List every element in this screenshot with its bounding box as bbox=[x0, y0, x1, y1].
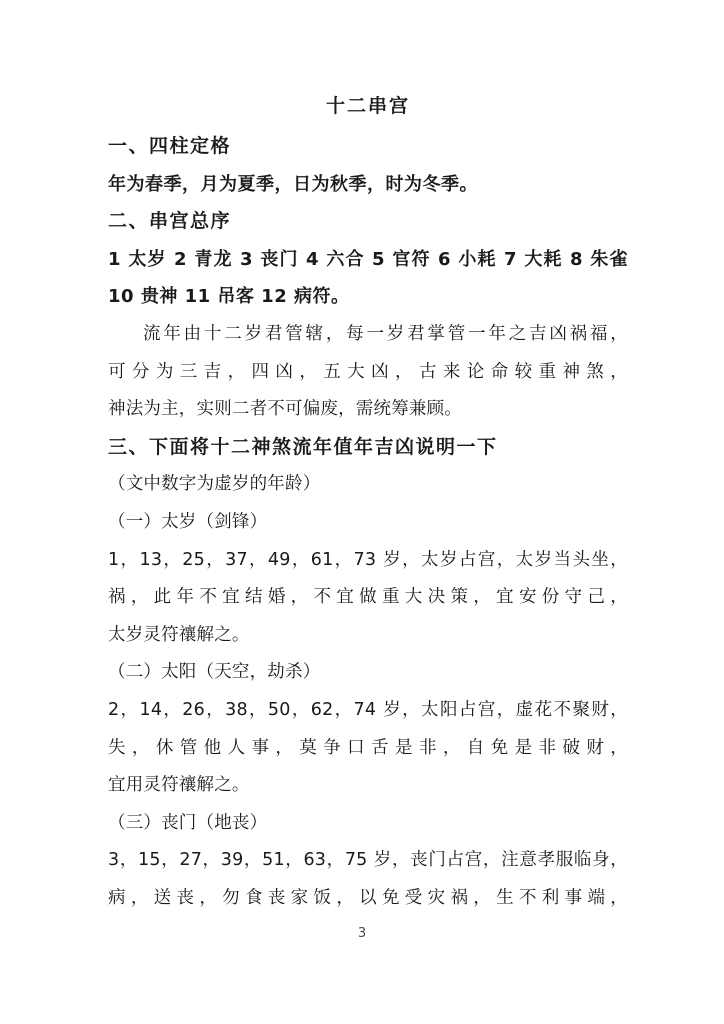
page-number: 3 bbox=[0, 926, 724, 941]
text-line: 二、串宫总序 bbox=[108, 203, 628, 241]
text-line: （一）太岁（剑锋） bbox=[108, 504, 628, 542]
page-title: 十二串宫 bbox=[108, 84, 628, 128]
text-line: 流年由十二岁君管辖，每一岁君掌管一年之吉凶祸福，十二神煞 bbox=[108, 316, 628, 354]
text-line: 一、四柱定格 bbox=[108, 128, 628, 166]
text-line: 10 贵神 11 吊客 12 病符。 bbox=[108, 278, 628, 316]
text-line: 宜用灵符禳解之。 bbox=[108, 767, 628, 805]
text-line: （文中数字为虚岁的年龄） bbox=[108, 466, 628, 504]
text-line: 失，休管他人事，莫争口舌是非，自免是非破财，此年夫妻易反目， bbox=[108, 730, 628, 768]
document-page: 十二串宫 一、四柱定格年为春季，月为夏季，日为秋季，时为冬季。二、串宫总序1 太… bbox=[0, 0, 724, 1024]
document-lines: 一、四柱定格年为春季，月为夏季，日为秋季，时为冬季。二、串宫总序1 太岁 2 青… bbox=[108, 128, 628, 917]
text-line: 可分为三吉，四凶，五大凶，古来论命较重神煞，现今则多以子平用 bbox=[108, 354, 628, 392]
text-line: 病，送丧，勿食丧家饭，以免受灾祸，生不利事端，宜用制丧门灵符 bbox=[108, 880, 628, 918]
text-line: 太岁灵符禳解之。 bbox=[108, 617, 628, 655]
text-line: 祸，此年不宜结婚，不宜做重大决策，宜安份守己，最好安置佩带化 bbox=[108, 579, 628, 617]
document-content: 十二串宫 一、四柱定格年为春季，月为夏季，日为秋季，时为冬季。二、串宫总序1 太… bbox=[108, 84, 628, 917]
text-line: （三）丧门（地丧） bbox=[108, 805, 628, 843]
text-line: 1，13，25，37，49，61，73 岁，太岁占宫，太岁当头坐，无灾恐有 bbox=[108, 542, 628, 580]
text-line: （二）太阳（天空，劫杀） bbox=[108, 654, 628, 692]
text-line: 3，15，27，39，51，63，75 岁，丧门占宫，注意孝服临身，不宜探 bbox=[108, 842, 628, 880]
text-line: 年为春季，月为夏季，日为秋季，时为冬季。 bbox=[108, 166, 628, 204]
text-line: 1 太岁 2 青龙 3 丧门 4 六合 5 官符 6 小耗 7 大耗 8 朱雀 … bbox=[108, 241, 628, 279]
text-line: 三、下面将十二神煞流年值年吉凶说明一下 bbox=[108, 429, 628, 467]
text-line: 2，14，26，38，50，62，74 岁，太阳占宫，虚花不聚财，防人物走 bbox=[108, 692, 628, 730]
text-line: 神法为主，实则二者不可偏废，需统筹兼顾。 bbox=[108, 391, 628, 429]
